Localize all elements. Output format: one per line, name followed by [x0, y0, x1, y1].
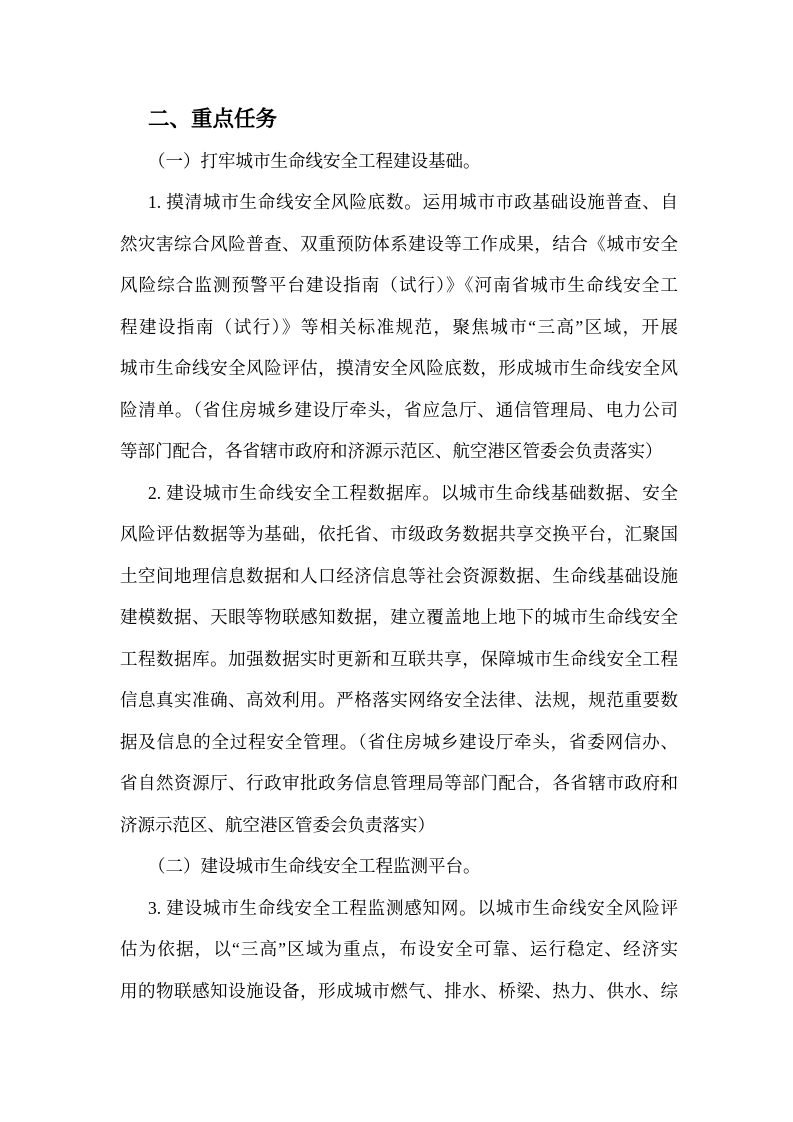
paragraph: 2. 建设城市生命线安全工程数据库。以城市生命线基础数据、安全风险评估数据等为基… — [120, 473, 678, 847]
text-line: 工程数据库。加强数据实时更新和互联共享，保障城市生命线安全工程 — [120, 639, 678, 681]
text-line: 然灾害综合风险普查、双重预防体系建设等工作成果，结合《城市安全 — [120, 224, 678, 266]
paragraph: 3. 建设城市生命线安全工程监测感知网。以城市生命线安全风险评估为依据，以“三高… — [120, 888, 678, 1013]
text-line: 估为依据，以“三高”区域为重点，布设安全可靠、运行稳定、经济实 — [120, 929, 678, 971]
text-line: 信息真实准确、高效利用。严格落实网络安全法律、法规，规范重要数 — [120, 680, 678, 722]
text-line: 等部门配合，各省辖市政府和济源示范区、航空港区管委会负责落实） — [120, 431, 678, 473]
text-line: 省自然资源厅、行政审批政务信息管理局等部门配合，各省辖市政府和 — [120, 763, 678, 805]
document-content: 二、重点任务（一）打牢城市生命线安全工程建设基础。1. 摸清城市生命线安全风险底… — [120, 99, 678, 1012]
text-line: （一）打牢城市生命线安全工程建设基础。 — [120, 141, 678, 183]
text-line: 济源示范区、航空港区管委会负责落实） — [120, 805, 678, 847]
subsection-heading: （一）打牢城市生命线安全工程建设基础。 — [120, 141, 678, 183]
paragraph: 1. 摸清城市生命线安全风险底数。运用城市市政基础设施普查、自然灾害综合风险普查… — [120, 182, 678, 473]
text-line: 用的物联感知设施设备，形成城市燃气、排水、桥梁、热力、供水、综 — [120, 971, 678, 1013]
text-line: 1. 摸清城市生命线安全风险底数。运用城市市政基础设施普查、自 — [120, 182, 678, 224]
section-heading: 二、重点任务 — [120, 99, 678, 141]
text-line: 2. 建设城市生命线安全工程数据库。以城市生命线基础数据、安全 — [120, 473, 678, 515]
text-line: 风险评估数据等为基础，依托省、市级政务数据共享交换平台，汇聚国 — [120, 514, 678, 556]
text-line: （二）建设城市生命线安全工程监测平台。 — [120, 846, 678, 888]
text-line: 程建设指南（试行）》等相关标准规范，聚焦城市“三高”区域，开展 — [120, 307, 678, 349]
document-page: 二、重点任务（一）打牢城市生命线安全工程建设基础。1. 摸清城市生命线安全风险底… — [0, 0, 793, 1122]
text-line: 风险综合监测预警平台建设指南（试行）》《河南省城市生命线安全工 — [120, 265, 678, 307]
text-line: 建模数据、天眼等物联感知数据，建立覆盖地上地下的城市生命线安全 — [120, 597, 678, 639]
text-line: 土空间地理信息数据和人口经济信息等社会资源数据、生命线基础设施 — [120, 556, 678, 598]
text-line: 二、重点任务 — [120, 99, 678, 141]
text-line: 险清单。（省住房城乡建设厅牵头，省应急厅、通信管理局、电力公司 — [120, 390, 678, 432]
text-line: 据及信息的全过程安全管理。（省住房城乡建设厅牵头，省委网信办、 — [120, 722, 678, 764]
subsection-heading: （二）建设城市生命线安全工程监测平台。 — [120, 846, 678, 888]
text-line: 城市生命线安全风险评估，摸清安全风险底数，形成城市生命线安全风 — [120, 348, 678, 390]
text-line: 3. 建设城市生命线安全工程监测感知网。以城市生命线安全风险评 — [120, 888, 678, 930]
